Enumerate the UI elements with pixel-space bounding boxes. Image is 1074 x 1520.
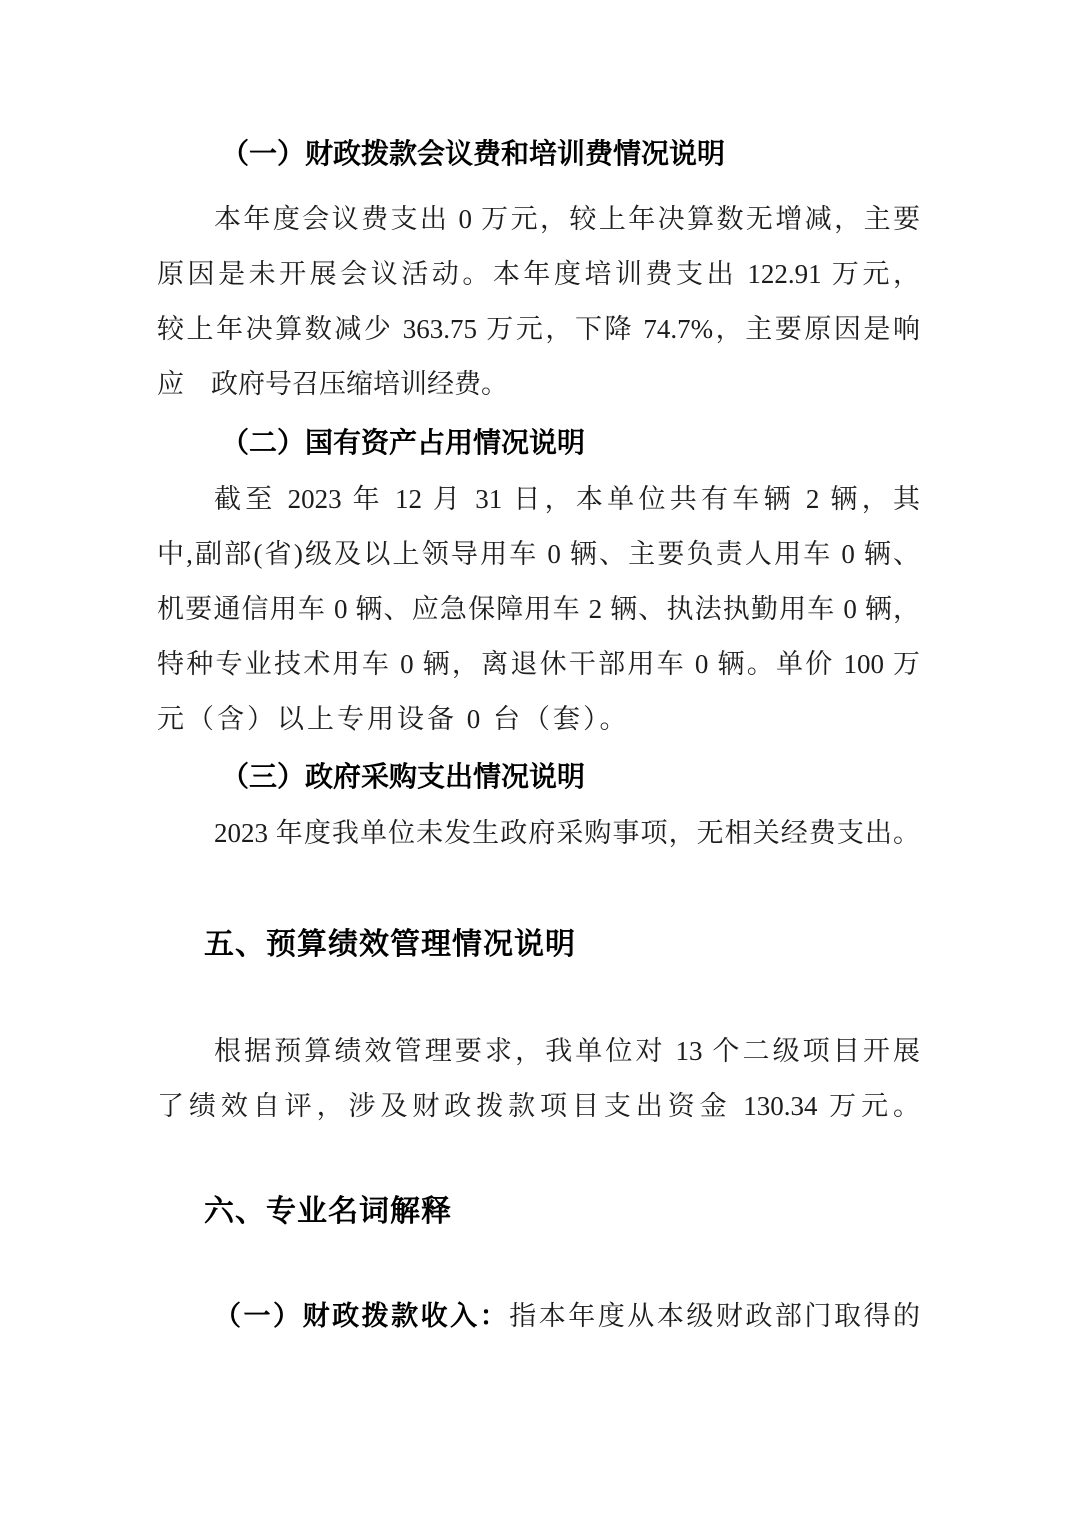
paragraph-line: 特种专业技术用车 0 辆，离退休干部用车 0 辆。单价 100 万 [157,646,920,682]
paragraph-line: 本年度会议费支出 0 万元，较上年决算数无增减，主要 [157,201,920,237]
subsection-heading-3: （三）政府采购支出情况说明 [221,760,585,796]
subsection-heading-2: （二）国有资产占用情况说明 [221,426,585,462]
term-label: （一）财政拨款收入： [214,1301,509,1331]
paragraph-line: 原因是未开展会议活动。本年度培训费支出 122.91 万元， [157,256,920,292]
paragraph-line: 了绩效自评，涉及财政拨款项目支出资金 130.34 万元。 [157,1088,920,1124]
paragraph-line: 中,副部(省)级及以上领导用车 0 辆、主要负责人用车 0 辆、 [157,536,920,572]
subsection-heading-1: （一）财政拨款会议费和培训费情况说明 [221,137,725,173]
paragraph-line: 机要通信用车 0 辆、应急保障用车 2 辆、执法执勤用车 0 辆， [157,591,920,627]
paragraph-line: 应 政府号召压缩培训经费。 [157,366,920,402]
term-definition-line: （一）财政拨款收入：指本年度从本级财政部门取得的 [157,1298,920,1334]
paragraph-line: 截至 2023 年 12 月 31 日，本单位共有车辆 2 辆，其 [157,481,920,517]
paragraph-line: 根据预算绩效管理要求，我单位对 13 个二级项目开展 [157,1033,920,1069]
paragraph-line: 2023 年度我单位未发生政府采购事项，无相关经费支出。 [157,815,920,851]
document-page: （一）财政拨款会议费和培训费情况说明 本年度会议费支出 0 万元，较上年决算数无… [0,0,1074,1520]
section-heading-6: 六、专业名词解释 [204,1192,452,1232]
section-heading-5: 五、预算绩效管理情况说明 [204,925,576,965]
paragraph-line: 较上年决算数减少 363.75 万元，下降 74.7%，主要原因是响 [157,311,920,347]
term-description: 指本年度从本级财政部门取得的 [509,1301,920,1331]
paragraph-line: 元（含）以上专用设备 0 台（套）。 [157,701,920,737]
